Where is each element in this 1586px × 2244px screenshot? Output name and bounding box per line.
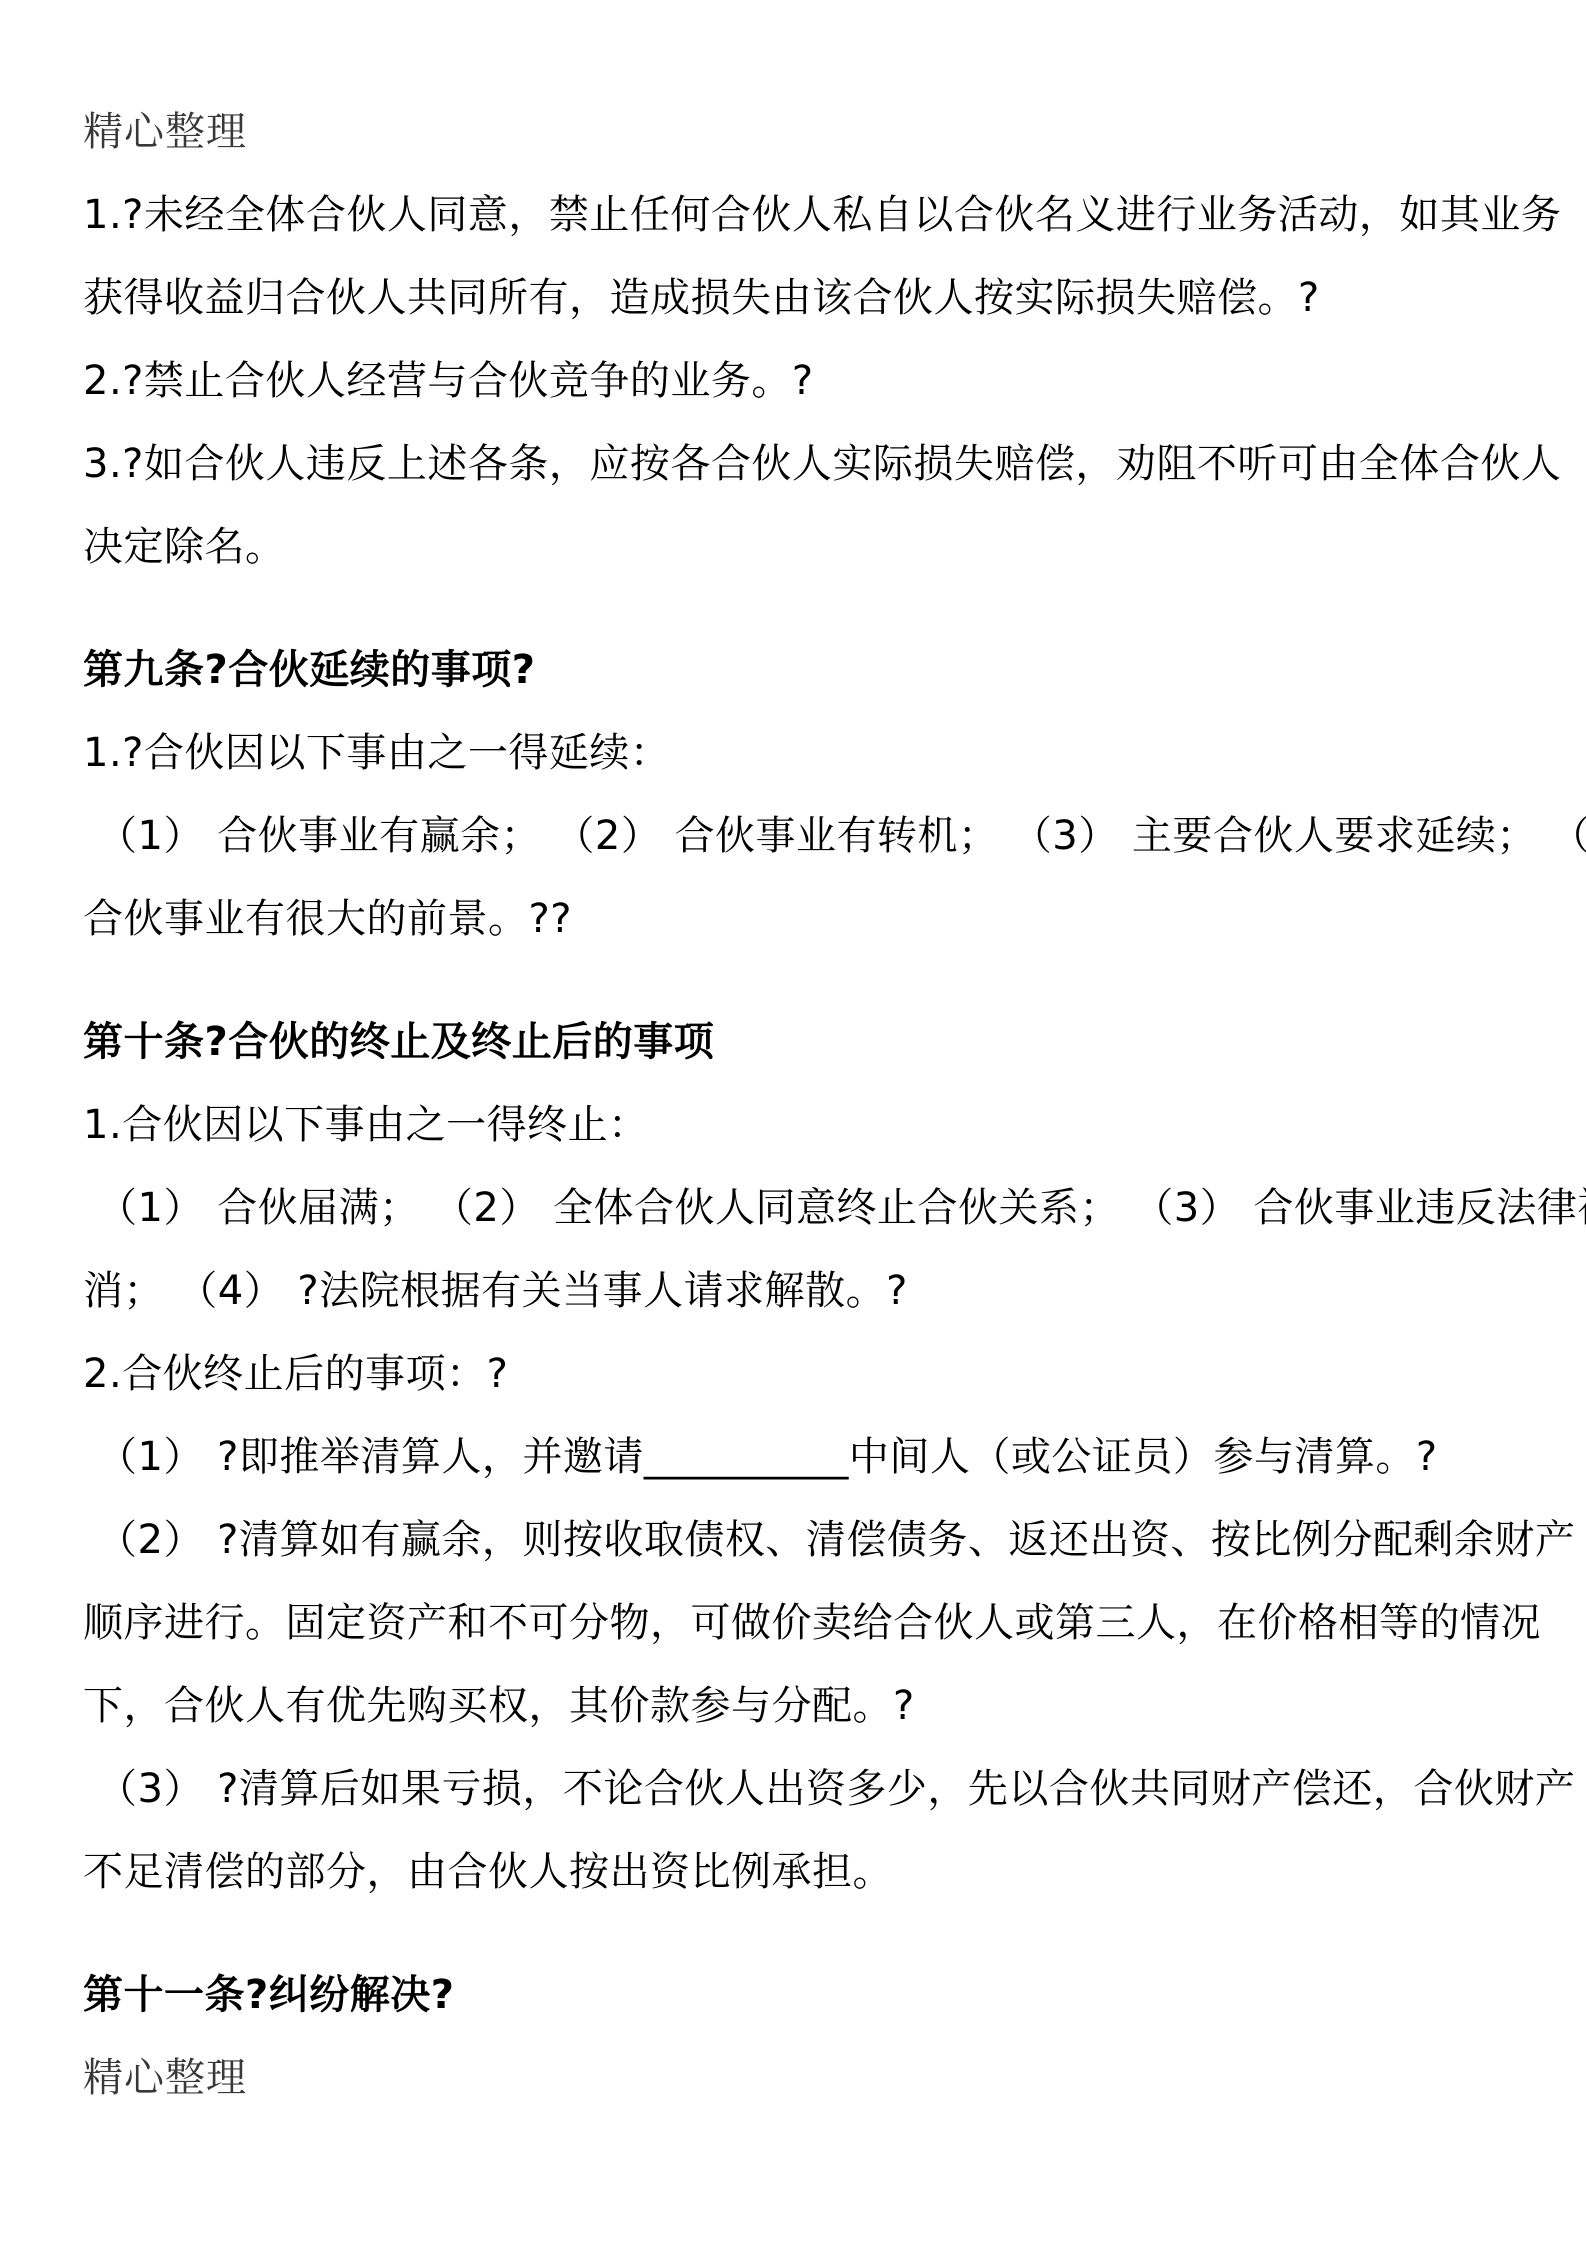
clause-9-item-1: 1.?合伙因以下事由之一得延续： xyxy=(83,711,1496,794)
header-watermark: 精心整理 xyxy=(83,90,1496,173)
clause-10-item-2: 2.合伙终止后的事项：? xyxy=(83,1332,1496,1415)
section-heading-10: 第十条?合伙的终止及终止后的事项 xyxy=(83,1000,1496,1083)
clause-10-subitems: （1） 合伙届满； （2） 全体合伙人同意终止合伙关系； （3） 合伙事业违反法… xyxy=(83,1166,1496,1249)
clause-10-sub-3-cont: 不足清偿的部分，由合伙人按出资比例承担。 xyxy=(83,1830,1496,1913)
clause-10-sub-2-cont2: 下，合伙人有优先购买权，其价款参与分配。? xyxy=(83,1664,1496,1747)
clause-10-sub-1: （1） ?即推举清算人，并邀请__________中间人（或公证员）参与清算。? xyxy=(83,1415,1496,1498)
clause-10-item-1: 1.合伙因以下事由之一得终止： xyxy=(83,1083,1496,1166)
clause-8-item-3-cont: 决定除名。 xyxy=(83,505,1496,588)
clause-9-subitems-cont: 合伙事业有很大的前景。?? xyxy=(83,877,1496,960)
clause-8-item-1: 1.?未经全体合伙人同意，禁止任何合伙人私自以合伙名义进行业务活动，如其业务 xyxy=(83,173,1496,256)
clause-9-subitems: （1） 合伙事业有赢余； （2） 合伙事业有转机； （3） 主要合伙人要求延续；… xyxy=(83,794,1496,877)
footer-watermark: 精心整理 xyxy=(83,2036,1496,2119)
clause-10-sub-2-cont1: 顺序进行。固定资产和不可分物，可做价卖给合伙人或第三人，在价格相等的情况 xyxy=(83,1581,1496,1664)
clause-10-sub-2: （2） ?清算如有赢余，则按收取债权、清偿债务、返还出资、按比例分配剩余财产 xyxy=(83,1498,1496,1581)
clause-8-item-2: 2.?禁止合伙人经营与合伙竞争的业务。? xyxy=(83,339,1496,422)
section-heading-11: 第十一条?纠纷解决? xyxy=(83,1953,1496,2036)
clause-10-sub-3: （3） ?清算后如果亏损，不论合伙人出资多少，先以合伙共同财产偿还，合伙财产 xyxy=(83,1747,1496,1830)
clause-8-item-3: 3.?如合伙人违反上述各条，应按各合伙人实际损失赔偿，劝阻不听可由全体合伙人 xyxy=(83,422,1496,505)
document-page: 精心整理 1.?未经全体合伙人同意，禁止任何合伙人私自以合伙名义进行业务活动，如… xyxy=(0,0,1586,2244)
section-heading-9: 第九条?合伙延续的事项? xyxy=(83,628,1496,711)
clause-10-subitems-cont: 消； （4） ?法院根据有关当事人请求解散。? xyxy=(83,1249,1496,1332)
document-content: 精心整理 1.?未经全体合伙人同意，禁止任何合伙人私自以合伙名义进行业务活动，如… xyxy=(83,90,1496,2119)
clause-8-item-1-cont: 获得收益归合伙人共同所有，造成损失由该合伙人按实际损失赔偿。? xyxy=(83,256,1496,339)
